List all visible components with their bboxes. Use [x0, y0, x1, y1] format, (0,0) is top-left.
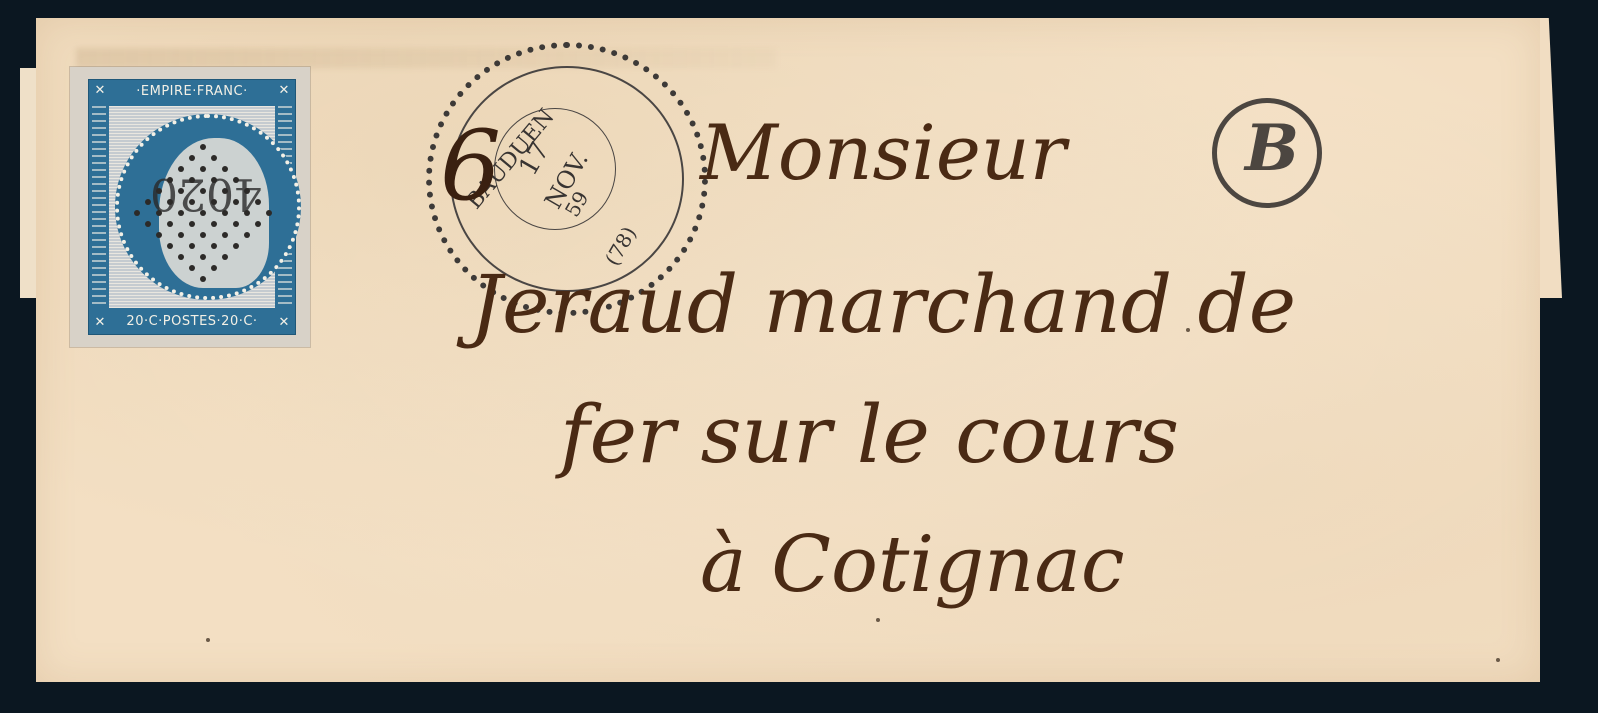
cancel-dot: [222, 210, 228, 216]
cancel-dot: [200, 232, 206, 238]
cancel-dot: [145, 221, 151, 227]
cancel-dot: [167, 221, 173, 227]
cancel-dot: [233, 177, 239, 183]
cancel-dot: [167, 199, 173, 205]
address-line-1: Monsieur: [700, 108, 1066, 197]
boxed-letter-mark: B: [1212, 98, 1322, 208]
cancel-dot: [178, 232, 184, 238]
paper-speck: [1496, 658, 1500, 662]
cancel-dot: [244, 210, 250, 216]
manuscript-tax-marking: 6: [440, 110, 501, 222]
cancel-dot: [211, 177, 217, 183]
address-line-2: Jeraud marchand de: [470, 258, 1296, 351]
cancel-dot: [200, 276, 206, 282]
cancel-dot: [167, 177, 173, 183]
stamp-greek-key-border: [92, 106, 106, 308]
cancel-dot: [200, 210, 206, 216]
stamp-bottom-inscription: 20·C·POSTES·20·C·: [111, 312, 273, 332]
paper-speck: [206, 638, 210, 642]
envelope-flap-right: [1540, 18, 1562, 298]
cancel-dot: [167, 243, 173, 249]
paper-stain: [76, 48, 776, 68]
cancel-dot: [178, 254, 184, 260]
cancel-dot: [200, 188, 206, 194]
cancel-dot: [222, 232, 228, 238]
cancel-dot: [200, 166, 206, 172]
cancel-dot: [233, 199, 239, 205]
cancel-dot: [178, 166, 184, 172]
stamp-corner-icon: ✕: [275, 82, 293, 100]
stamp-corner-icon: ✕: [91, 82, 109, 100]
cancel-dot: [178, 188, 184, 194]
cancel-dot: [211, 199, 217, 205]
cancel-dot: [233, 243, 239, 249]
cancel-dot: [211, 155, 217, 161]
cancel-dot: [156, 188, 162, 194]
stamp-corner-icon: ✕: [275, 314, 293, 332]
cancel-dot: [233, 221, 239, 227]
stamp-top-inscription: ·EMPIRE·FRANC·: [111, 82, 273, 102]
cancel-dot: [222, 254, 228, 260]
cancel-dot: [255, 199, 261, 205]
stamp-corner-icon: ✕: [91, 314, 109, 332]
cancel-dot: [222, 166, 228, 172]
paper-speck: [876, 618, 880, 622]
address-line-4: à Cotignac: [700, 520, 1125, 610]
cancel-dot: [211, 265, 217, 271]
cancel-dot: [244, 232, 250, 238]
boxed-letter: B: [1245, 111, 1299, 186]
cancel-dot: [134, 210, 140, 216]
cancel-dot: [189, 155, 195, 161]
cancel-dot: [178, 210, 184, 216]
cancel-dot: [189, 199, 195, 205]
cancel-dot: [189, 265, 195, 271]
cancel-dot: [200, 254, 206, 260]
cancel-dot: [255, 221, 261, 227]
cancel-dot: [145, 199, 151, 205]
cancel-dot: [189, 177, 195, 183]
cancel-dot: [211, 243, 217, 249]
cancel-dot: [189, 221, 195, 227]
cancel-dot: [211, 221, 217, 227]
cancel-dot: [266, 210, 272, 216]
cancel-dot: [222, 188, 228, 194]
cancel-dot: [189, 243, 195, 249]
cancel-dot: [244, 188, 250, 194]
cancel-dot: [200, 144, 206, 150]
address-line-3: fer sur le cours: [560, 388, 1179, 481]
cancel-dot: [156, 210, 162, 216]
cancel-dot: [156, 232, 162, 238]
